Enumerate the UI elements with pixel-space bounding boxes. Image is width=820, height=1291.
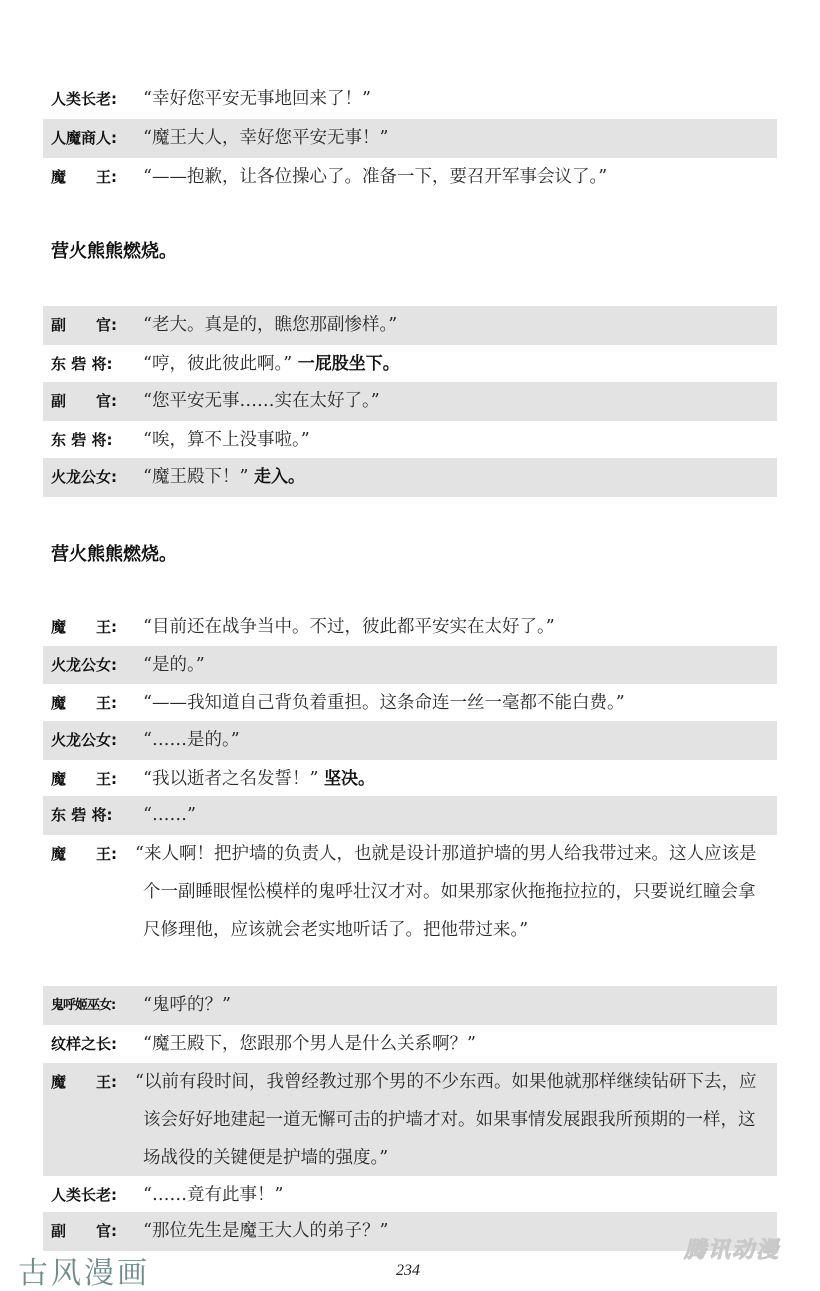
speaker-label: 魔 王: [51,158,143,197]
novel-page: 人类长老: “幸好您平安无事地回来了！” 人魔商人: “魔王大人，幸好您平安无事… [0,0,820,1291]
dialogue-row: 魔 王: “以前有段时间，我曾经教过那个男的不少东西。如果他就那样继续钻研下去，… [43,1063,777,1176]
dialogue-row: 魔 王: “——我知道自己背负着重担。这条命连一丝一毫都不能白费。” [43,684,777,721]
speaker-label: 火龙公女: [51,458,143,497]
watermark-logo-right: 腾讯动漫 [668,1236,796,1266]
dialogue-text: “——抱歉，让各位操心了。准备一下，要召开军事会议了。” [143,158,777,197]
speaker-label: 人类长老: [51,1176,143,1215]
dialogue-text: “……” [143,796,777,835]
speaker-label: 东 砦 将: [51,421,143,460]
speaker-label: 魔 王: [51,835,143,874]
stage-direction: 坚决。 [324,769,375,789]
narration-text: 营火熊熊燃烧。 [51,540,177,566]
dialogue-text: “魔王大人，幸好您平安无事！” [143,119,777,158]
speaker-label: 鬼呼姬巫女: [51,986,143,1025]
speaker-label: 副 官: [51,1212,143,1251]
dialogue-text: “来人啊！把护墙的负责人，也就是设计那道护墙的男人给我带过来。这人应该是个一副睡… [143,835,777,949]
dialogue-text: “——我知道自己背负着重担。这条命连一丝一毫都不能白费。” [143,684,777,723]
stage-direction: 一屁股坐下。 [298,354,400,374]
dialogue-row: 副 官: “那位先生是魔王大人的弟子？” [43,1212,777,1251]
dialogue-text: “鬼呼的？” [143,986,777,1025]
speaker-label: 火龙公女: [51,646,143,685]
page-number: 234 [396,1262,420,1280]
dialogue-text: “是的。” [143,646,777,685]
speaker-label: 东 砦 将: [51,796,143,835]
dialogue-row: 人类长老: “幸好您平安无事地回来了！” [43,80,777,119]
dialogue-text: “目前还在战争当中。不过，彼此都平安实在太好了。” [143,608,777,647]
dialogue-row: 魔 王: “——抱歉，让各位操心了。准备一下，要召开军事会议了。” [43,158,777,197]
speaker-label: 人类长老: [51,80,143,119]
dialogue-text: “魔王殿下，您跟那个男人是什么关系啊？” [143,1025,777,1064]
dialogue-row: 魔 王: “来人啊！把护墙的负责人，也就是设计那道护墙的男人给我带过来。这人应该… [43,835,777,986]
dialogue-row: 火龙公女: “是的。” [43,646,777,684]
speaker-label: 魔 王: [51,684,143,723]
speaker-label: 纹样之长: [51,1025,143,1064]
dialogue-row: 人类长老: “……竟有此事！” [43,1176,777,1212]
dialogue-text: “唉，算不上没事啦。” [143,421,777,460]
dialogue-row: 东 砦 将: “唉，算不上没事啦。” [43,421,777,458]
dialogue-row: 东 砦 将: “哼，彼此彼此啊。” 一屁股坐下。 [43,345,777,382]
dialogue-row: 人魔商人: “魔王大人，幸好您平安无事！” [43,119,777,158]
speaker-label: 副 官: [51,382,143,421]
speaker-label: 魔 王: [51,608,143,647]
dialogue-row: 东 砦 将: “……” [43,796,777,835]
dialogue-text: “您平安无事……实在太好了。” [143,382,777,421]
dialogue-row: 副 官: “老大。真是的，瞧您那副惨样。” [43,306,777,345]
dialogue-row: 鬼呼姬巫女: “鬼呼的？” [43,986,777,1025]
dialogue-text: “……竟有此事！” [143,1176,777,1215]
dialogue-text: “幸好您平安无事地回来了！” [143,80,777,119]
dialogue-row: 魔 王: “我以逝者之名发誓！” 坚决。 [43,760,777,796]
narration-text: 营火熊熊燃烧。 [51,237,177,263]
dialogue-row: 副 官: “您平安无事……实在太好了。” [43,382,777,421]
dialogue-row: 火龙公女: “魔王殿下！” 走入。 [43,458,777,497]
dialogue-text: “哼，彼此彼此啊。” 一屁股坐下。 [143,345,777,384]
speaker-label: 魔 王: [51,760,143,799]
dialogue-row: 火龙公女: “……是的。” [43,721,777,760]
speaker-label: 火龙公女: [51,721,143,760]
dialogue-text: “以前有段时间，我曾经教过那个男的不少东西。如果他就那样继续钻研下去，应该会好好… [143,1063,777,1177]
dialogue-row: 魔 王: “目前还在战争当中。不过，彼此都平安实在太好了。” [43,608,777,646]
dialogue-text: “我以逝者之名发誓！” 坚决。 [143,760,777,799]
dialogue-text: “……是的。” [143,721,777,760]
speaker-label: 人魔商人: [51,119,143,158]
speaker-label: 魔 王: [51,1063,143,1102]
dialogue-text: “老大。真是的，瞧您那副惨样。” [143,306,777,345]
speaker-label: 副 官: [51,306,143,345]
speaker-label: 东 砦 将: [51,345,143,384]
dialogue-row: 纹样之长: “魔王殿下，您跟那个男人是什么关系啊？” [43,1025,777,1063]
dialogue-text: “魔王殿下！” 走入。 [143,458,777,497]
stage-direction: 走入。 [254,467,305,487]
watermark-logo-left: 古风漫画 [18,1248,150,1291]
